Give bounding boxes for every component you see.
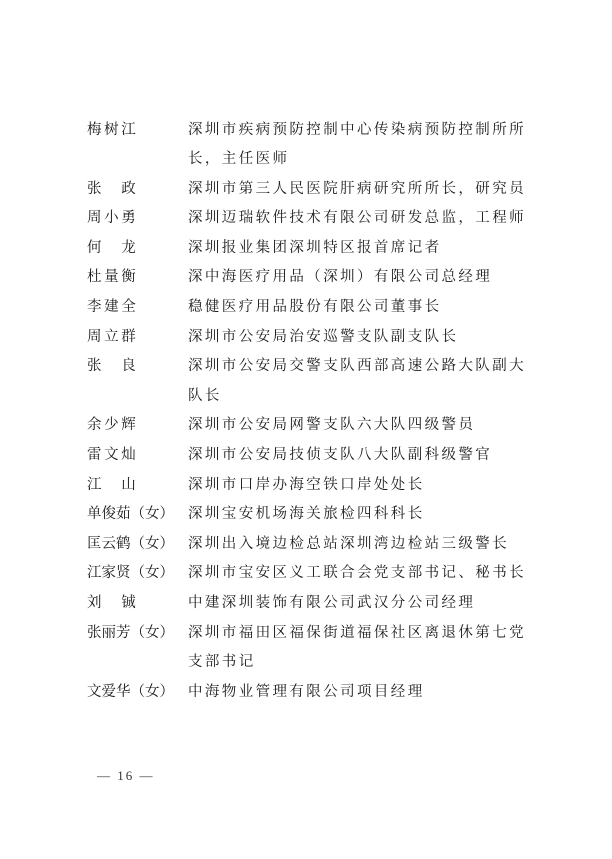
title-line: 深圳迈瑞软件技术有限公司研发总监，工程师	[188, 204, 533, 234]
person-title: 中建深圳装饰有限公司武汉分公司经理	[188, 589, 533, 619]
roster-entry: 张 政 深圳市第三人民医院肝病研究所所长，研究员	[87, 175, 537, 205]
roster-entry: 江 山 深圳市口岸办海空铁口岸处处长	[87, 471, 537, 501]
person-name: 李建全	[87, 293, 188, 323]
roster-entry: 张 良 深圳市公安局交警支队西部高速公路大队副大 队长	[87, 352, 537, 411]
person-name: 周立群	[87, 323, 188, 353]
page-number: — 16 —	[97, 768, 155, 784]
person-title: 深圳迈瑞软件技术有限公司研发总监，工程师	[188, 204, 533, 234]
person-title: 深圳市宝安区义工联合会党支部书记、秘书长	[188, 559, 533, 589]
person-title: 深圳市公安局交警支队西部高速公路大队副大 队长	[188, 352, 533, 411]
title-line: 队长	[188, 382, 533, 412]
person-name: 余少辉	[87, 411, 188, 441]
roster-entry: 杜量衡 深中海医疗用品（深圳）有限公司总经理	[87, 263, 537, 293]
person-title: 深圳宝安机场海关旅检四科科长	[188, 500, 533, 530]
person-name: 周小勇	[87, 204, 188, 234]
roster-entry: 刘 铖 中建深圳装饰有限公司武汉分公司经理	[87, 589, 537, 619]
title-line: 深圳市宝安区义工联合会党支部书记、秘书长	[188, 559, 533, 589]
title-line: 中建深圳装饰有限公司武汉分公司经理	[188, 589, 533, 619]
title-line: 深圳市公安局治安巡警支队副支队长	[188, 323, 533, 353]
person-name: 江家贤（女）	[87, 559, 188, 589]
title-line: 深圳宝安机场海关旅检四科科长	[188, 500, 533, 530]
title-line: 深圳市第三人民医院肝病研究所所长，研究员	[188, 175, 533, 205]
person-title: 中海物业管理有限公司项目经理	[188, 678, 533, 708]
roster-entry: 张丽芳（女） 深圳市福田区福保街道福保社区离退休第七党 支部书记	[87, 619, 537, 678]
person-title: 深圳报业集团深圳特区报首席记者	[188, 234, 533, 264]
title-line: 深圳出入境边检总站深圳湾边检站三级警长	[188, 530, 533, 560]
roster-entry: 周小勇 深圳迈瑞软件技术有限公司研发总监，工程师	[87, 204, 537, 234]
person-title: 稳健医疗用品股份有限公司董事长	[188, 293, 533, 323]
person-title: 深圳市公安局技侦支队八大队副科级警官	[188, 441, 533, 471]
roster-entry: 何 龙 深圳报业集团深圳特区报首席记者	[87, 234, 537, 264]
person-title: 深圳市疾病预防控制中心传染病预防控制所所 长，主任医师	[188, 116, 533, 175]
person-title: 深圳市第三人民医院肝病研究所所长，研究员	[188, 175, 533, 205]
person-name: 雷文灿	[87, 441, 188, 471]
person-name: 张丽芳（女）	[87, 619, 188, 649]
person-name: 文爱华（女）	[87, 678, 188, 708]
person-name: 杜量衡	[87, 263, 188, 293]
title-line: 深中海医疗用品（深圳）有限公司总经理	[188, 263, 533, 293]
title-line: 深圳市公安局交警支队西部高速公路大队副大	[188, 352, 533, 382]
roster-entry: 李建全 稳健医疗用品股份有限公司董事长	[87, 293, 537, 323]
title-line: 深圳市公安局技侦支队八大队副科级警官	[188, 441, 533, 471]
title-line: 深圳报业集团深圳特区报首席记者	[188, 234, 533, 264]
person-name: 江 山	[87, 471, 188, 501]
person-title: 深圳市公安局治安巡警支队副支队长	[188, 323, 533, 353]
roster-entry: 雷文灿 深圳市公安局技侦支队八大队副科级警官	[87, 441, 537, 471]
person-title: 深中海医疗用品（深圳）有限公司总经理	[188, 263, 533, 293]
roster-entry: 单俊茹（女） 深圳宝安机场海关旅检四科科长	[87, 500, 537, 530]
person-title: 深圳市口岸办海空铁口岸处处长	[188, 471, 533, 501]
roster-entry: 周立群 深圳市公安局治安巡警支队副支队长	[87, 323, 537, 353]
person-name: 梅树江	[87, 116, 188, 146]
person-name: 张 良	[87, 352, 188, 382]
person-name: 刘 铖	[87, 589, 188, 619]
title-line: 长，主任医师	[188, 145, 533, 175]
person-title: 深圳市福田区福保街道福保社区离退休第七党 支部书记	[188, 619, 533, 678]
title-line: 支部书记	[188, 648, 533, 678]
document-page: 梅树江 深圳市疾病预防控制中心传染病预防控制所所 长，主任医师 张 政 深圳市第…	[0, 0, 612, 859]
title-line: 深圳市福田区福保街道福保社区离退休第七党	[188, 619, 533, 649]
title-line: 稳健医疗用品股份有限公司董事长	[188, 293, 533, 323]
person-name: 张 政	[87, 175, 188, 205]
title-line: 深圳市疾病预防控制中心传染病预防控制所所	[188, 116, 533, 146]
person-title: 深圳市公安局网警支队六大队四级警员	[188, 411, 533, 441]
person-name: 何 龙	[87, 234, 188, 264]
person-name: 单俊茹（女）	[87, 500, 188, 530]
title-line: 中海物业管理有限公司项目经理	[188, 678, 533, 708]
title-line: 深圳市口岸办海空铁口岸处处长	[188, 471, 533, 501]
roster-list: 梅树江 深圳市疾病预防控制中心传染病预防控制所所 长，主任医师 张 政 深圳市第…	[87, 116, 537, 708]
person-title: 深圳出入境边检总站深圳湾边检站三级警长	[188, 530, 533, 560]
title-line: 深圳市公安局网警支队六大队四级警员	[188, 411, 533, 441]
roster-entry: 江家贤（女） 深圳市宝安区义工联合会党支部书记、秘书长	[87, 559, 537, 589]
roster-entry: 梅树江 深圳市疾病预防控制中心传染病预防控制所所 长，主任医师	[87, 116, 537, 175]
roster-entry: 余少辉 深圳市公安局网警支队六大队四级警员	[87, 411, 537, 441]
roster-entry: 文爱华（女） 中海物业管理有限公司项目经理	[87, 678, 537, 708]
roster-entry: 匡云鹤（女） 深圳出入境边检总站深圳湾边检站三级警长	[87, 530, 537, 560]
person-name: 匡云鹤（女）	[87, 530, 188, 560]
